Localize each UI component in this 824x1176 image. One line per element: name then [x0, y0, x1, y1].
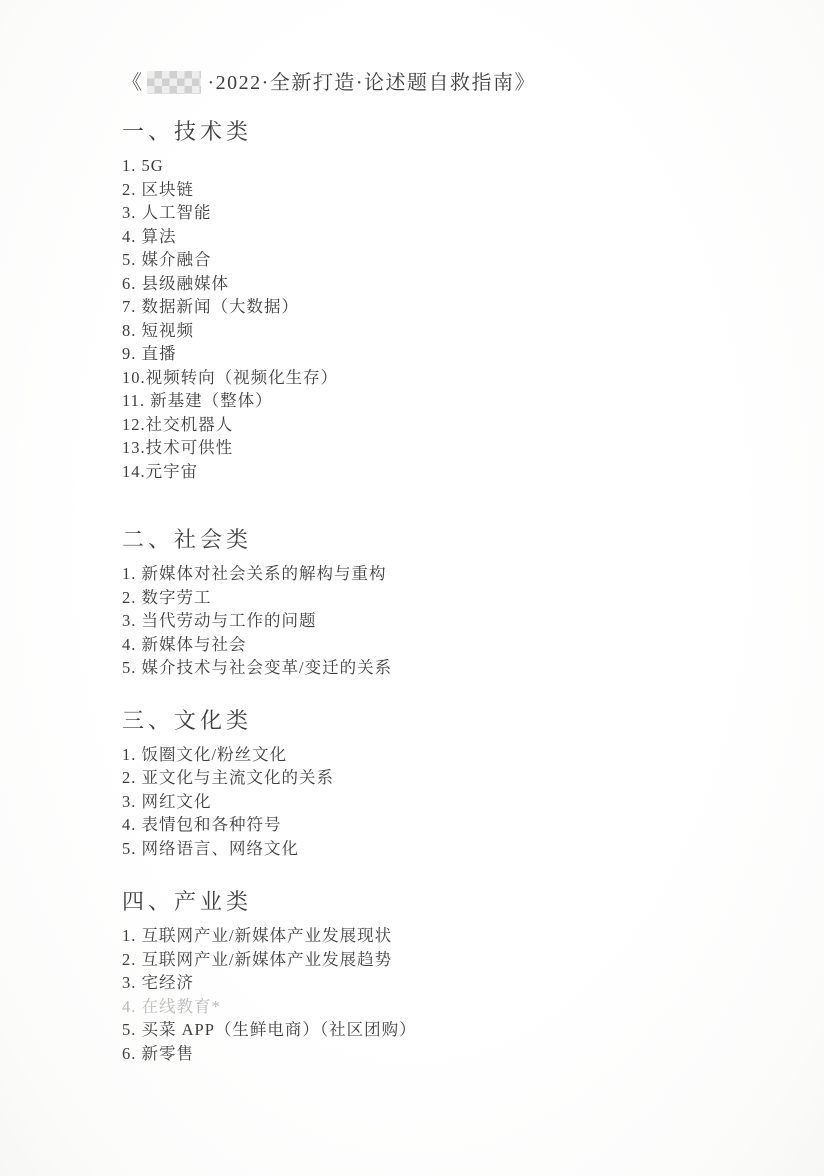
topic-item: 3. 网红文化 — [122, 790, 722, 814]
title-open-bracket: 《 — [122, 72, 144, 94]
section-technology: 一、技术类 1. 5G 2. 区块链 3. 人工智能 4. 算法 5. 媒介融合… — [122, 117, 722, 483]
topic-item: 2. 互联网产业/新媒体产业发展趋势 — [122, 948, 722, 972]
topic-item: 2. 亚文化与主流文化的关系 — [122, 766, 722, 790]
topic-item-faded: 4. 在线教育* — [122, 995, 722, 1019]
topic-item: 10.视频转向（视频化生存） — [122, 366, 722, 390]
topic-item: 1. 互联网产业/新媒体产业发展现状 — [122, 924, 722, 948]
topic-item: 2. 数字劳工 — [122, 586, 722, 610]
topic-item: 3. 人工智能 — [122, 201, 722, 225]
topic-item: 1. 新媒体对社会关系的解构与重构 — [122, 562, 722, 586]
topic-list: 1. 互联网产业/新媒体产业发展现状 2. 互联网产业/新媒体产业发展趋势 3.… — [122, 924, 722, 1065]
topic-item: 14.元宇宙 — [122, 460, 722, 484]
topic-item: 1. 饭圈文化/粉丝文化 — [122, 743, 722, 767]
scanned-document-page: 《·2022·全新打造·论述题自救指南》 一、技术类 1. 5G 2. 区块链 … — [0, 0, 824, 1176]
topic-item: 5. 网络语言、网络文化 — [122, 837, 722, 861]
section-culture: 三、文化类 1. 饭圈文化/粉丝文化 2. 亚文化与主流文化的关系 3. 网红文… — [122, 706, 722, 861]
section-heading: 三、文化类 — [122, 706, 722, 736]
page-title: 《·2022·全新打造·论述题自救指南》 — [122, 70, 722, 96]
topic-item: 8. 短视频 — [122, 319, 722, 343]
topic-item: 2. 区块链 — [122, 178, 722, 202]
section-society: 二、社会类 1. 新媒体对社会关系的解构与重构 2. 数字劳工 3. 当代劳动与… — [122, 525, 722, 680]
topic-item: 5. 买菜 APP（生鲜电商）（社区团购） — [122, 1018, 722, 1042]
topic-list: 1. 饭圈文化/粉丝文化 2. 亚文化与主流文化的关系 3. 网红文化 4. 表… — [122, 743, 722, 861]
section-heading: 一、技术类 — [122, 117, 722, 147]
topic-item: 4. 表情包和各种符号 — [122, 813, 722, 837]
redacted-name-mosaic — [147, 71, 201, 94]
section-heading: 二、社会类 — [122, 525, 722, 555]
topic-item: 7. 数据新闻（大数据） — [122, 295, 722, 319]
title-text: ·2022·全新打造·论述题自救指南》 — [208, 72, 536, 94]
topic-item: 9. 直播 — [122, 342, 722, 366]
topic-item: 3. 当代劳动与工作的问题 — [122, 609, 722, 633]
document-body: 《·2022·全新打造·论述题自救指南》 一、技术类 1. 5G 2. 区块链 … — [122, 70, 722, 1065]
topic-item: 5. 媒介技术与社会变革/变迁的关系 — [122, 656, 722, 680]
topic-item: 3. 宅经济 — [122, 971, 722, 995]
section-industry: 四、产业类 1. 互联网产业/新媒体产业发展现状 2. 互联网产业/新媒体产业发… — [122, 887, 722, 1065]
topic-item: 1. 5G — [122, 154, 722, 178]
topic-list: 1. 5G 2. 区块链 3. 人工智能 4. 算法 5. 媒介融合 6. 县级… — [122, 154, 722, 483]
topic-item: 4. 新媒体与社会 — [122, 633, 722, 657]
topic-item: 6. 县级融媒体 — [122, 272, 722, 296]
topic-item: 4. 算法 — [122, 225, 722, 249]
topic-item: 11. 新基建（整体） — [122, 389, 722, 413]
topic-list: 1. 新媒体对社会关系的解构与重构 2. 数字劳工 3. 当代劳动与工作的问题 … — [122, 562, 722, 680]
section-heading: 四、产业类 — [122, 887, 722, 917]
topic-item: 6. 新零售 — [122, 1042, 722, 1066]
topic-item: 13.技术可供性 — [122, 436, 722, 460]
topic-item: 12.社交机器人 — [122, 413, 722, 437]
topic-item: 5. 媒介融合 — [122, 248, 722, 272]
